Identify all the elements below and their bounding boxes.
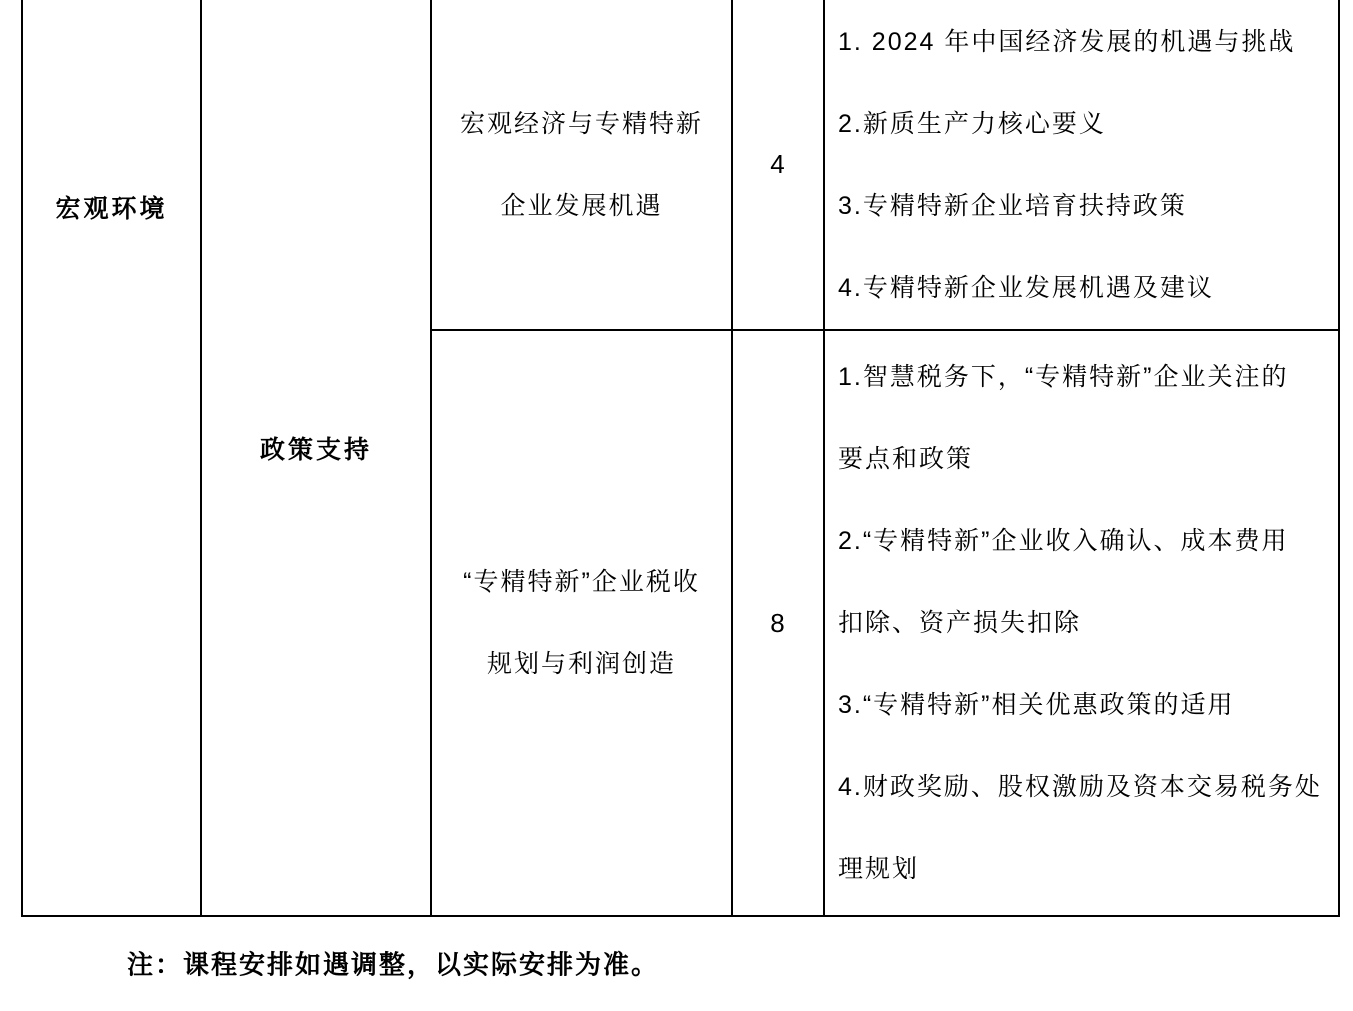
footnote-text: 注：课程安排如遇调整，以实际安排为准。 [127, 945, 659, 982]
group-label: 政策支持 [202, 430, 430, 466]
content-item: 2.新质生产力核心要义 [838, 83, 1334, 165]
course-title-cell-row1: 宏观经济与专精特新 企业发展机遇 [432, 0, 733, 331]
curriculum-table: 宏观环境 政策支持 宏观经济与专精特新 企业发展机遇 4 1. 2024 年中国… [21, 0, 1340, 917]
course-title: 宏观经济与专精特新 企业发展机遇 [460, 83, 703, 247]
hours-cell-row2: 8 [733, 331, 825, 915]
contents-cell-row2: 1.智慧税务下，“专精特新”企业关注的 要点和政策 2.“专精特新”企业收入确认… [825, 331, 1340, 915]
category-cell: 宏观环境 [23, 0, 202, 915]
content-item: 1.智慧税务下，“专精特新”企业关注的 要点和政策 [838, 336, 1334, 500]
hours-value: 4 [770, 149, 785, 180]
group-cell: 政策支持 [202, 0, 432, 915]
course-title: “专精特新”企业税收 规划与利润创造 [463, 541, 700, 705]
hours-cell-row1: 4 [733, 0, 825, 331]
content-item: 3.“专精特新”相关优惠政策的适用 [838, 664, 1334, 746]
contents-cell-row1: 1. 2024 年中国经济发展的机遇与挑战 2.新质生产力核心要义 3.专精特新… [825, 0, 1340, 331]
hours-value: 8 [770, 608, 785, 639]
course-title-cell-row2: “专精特新”企业税收 规划与利润创造 [432, 331, 733, 915]
content-item: 2.“专精特新”企业收入确认、成本费用 扣除、资产损失扣除 [838, 500, 1334, 664]
content-item: 4.财政奖励、股权激励及资本交易税务处 理规划 [838, 746, 1334, 910]
content-item: 4.专精特新企业发展机遇及建议 [838, 247, 1334, 329]
content-item: 1. 2024 年中国经济发展的机遇与挑战 [838, 1, 1334, 83]
document-page: 宏观环境 政策支持 宏观经济与专精特新 企业发展机遇 4 1. 2024 年中国… [0, 0, 1353, 1011]
category-label: 宏观环境 [23, 189, 200, 225]
content-item: 3.专精特新企业培育扶持政策 [838, 165, 1334, 247]
